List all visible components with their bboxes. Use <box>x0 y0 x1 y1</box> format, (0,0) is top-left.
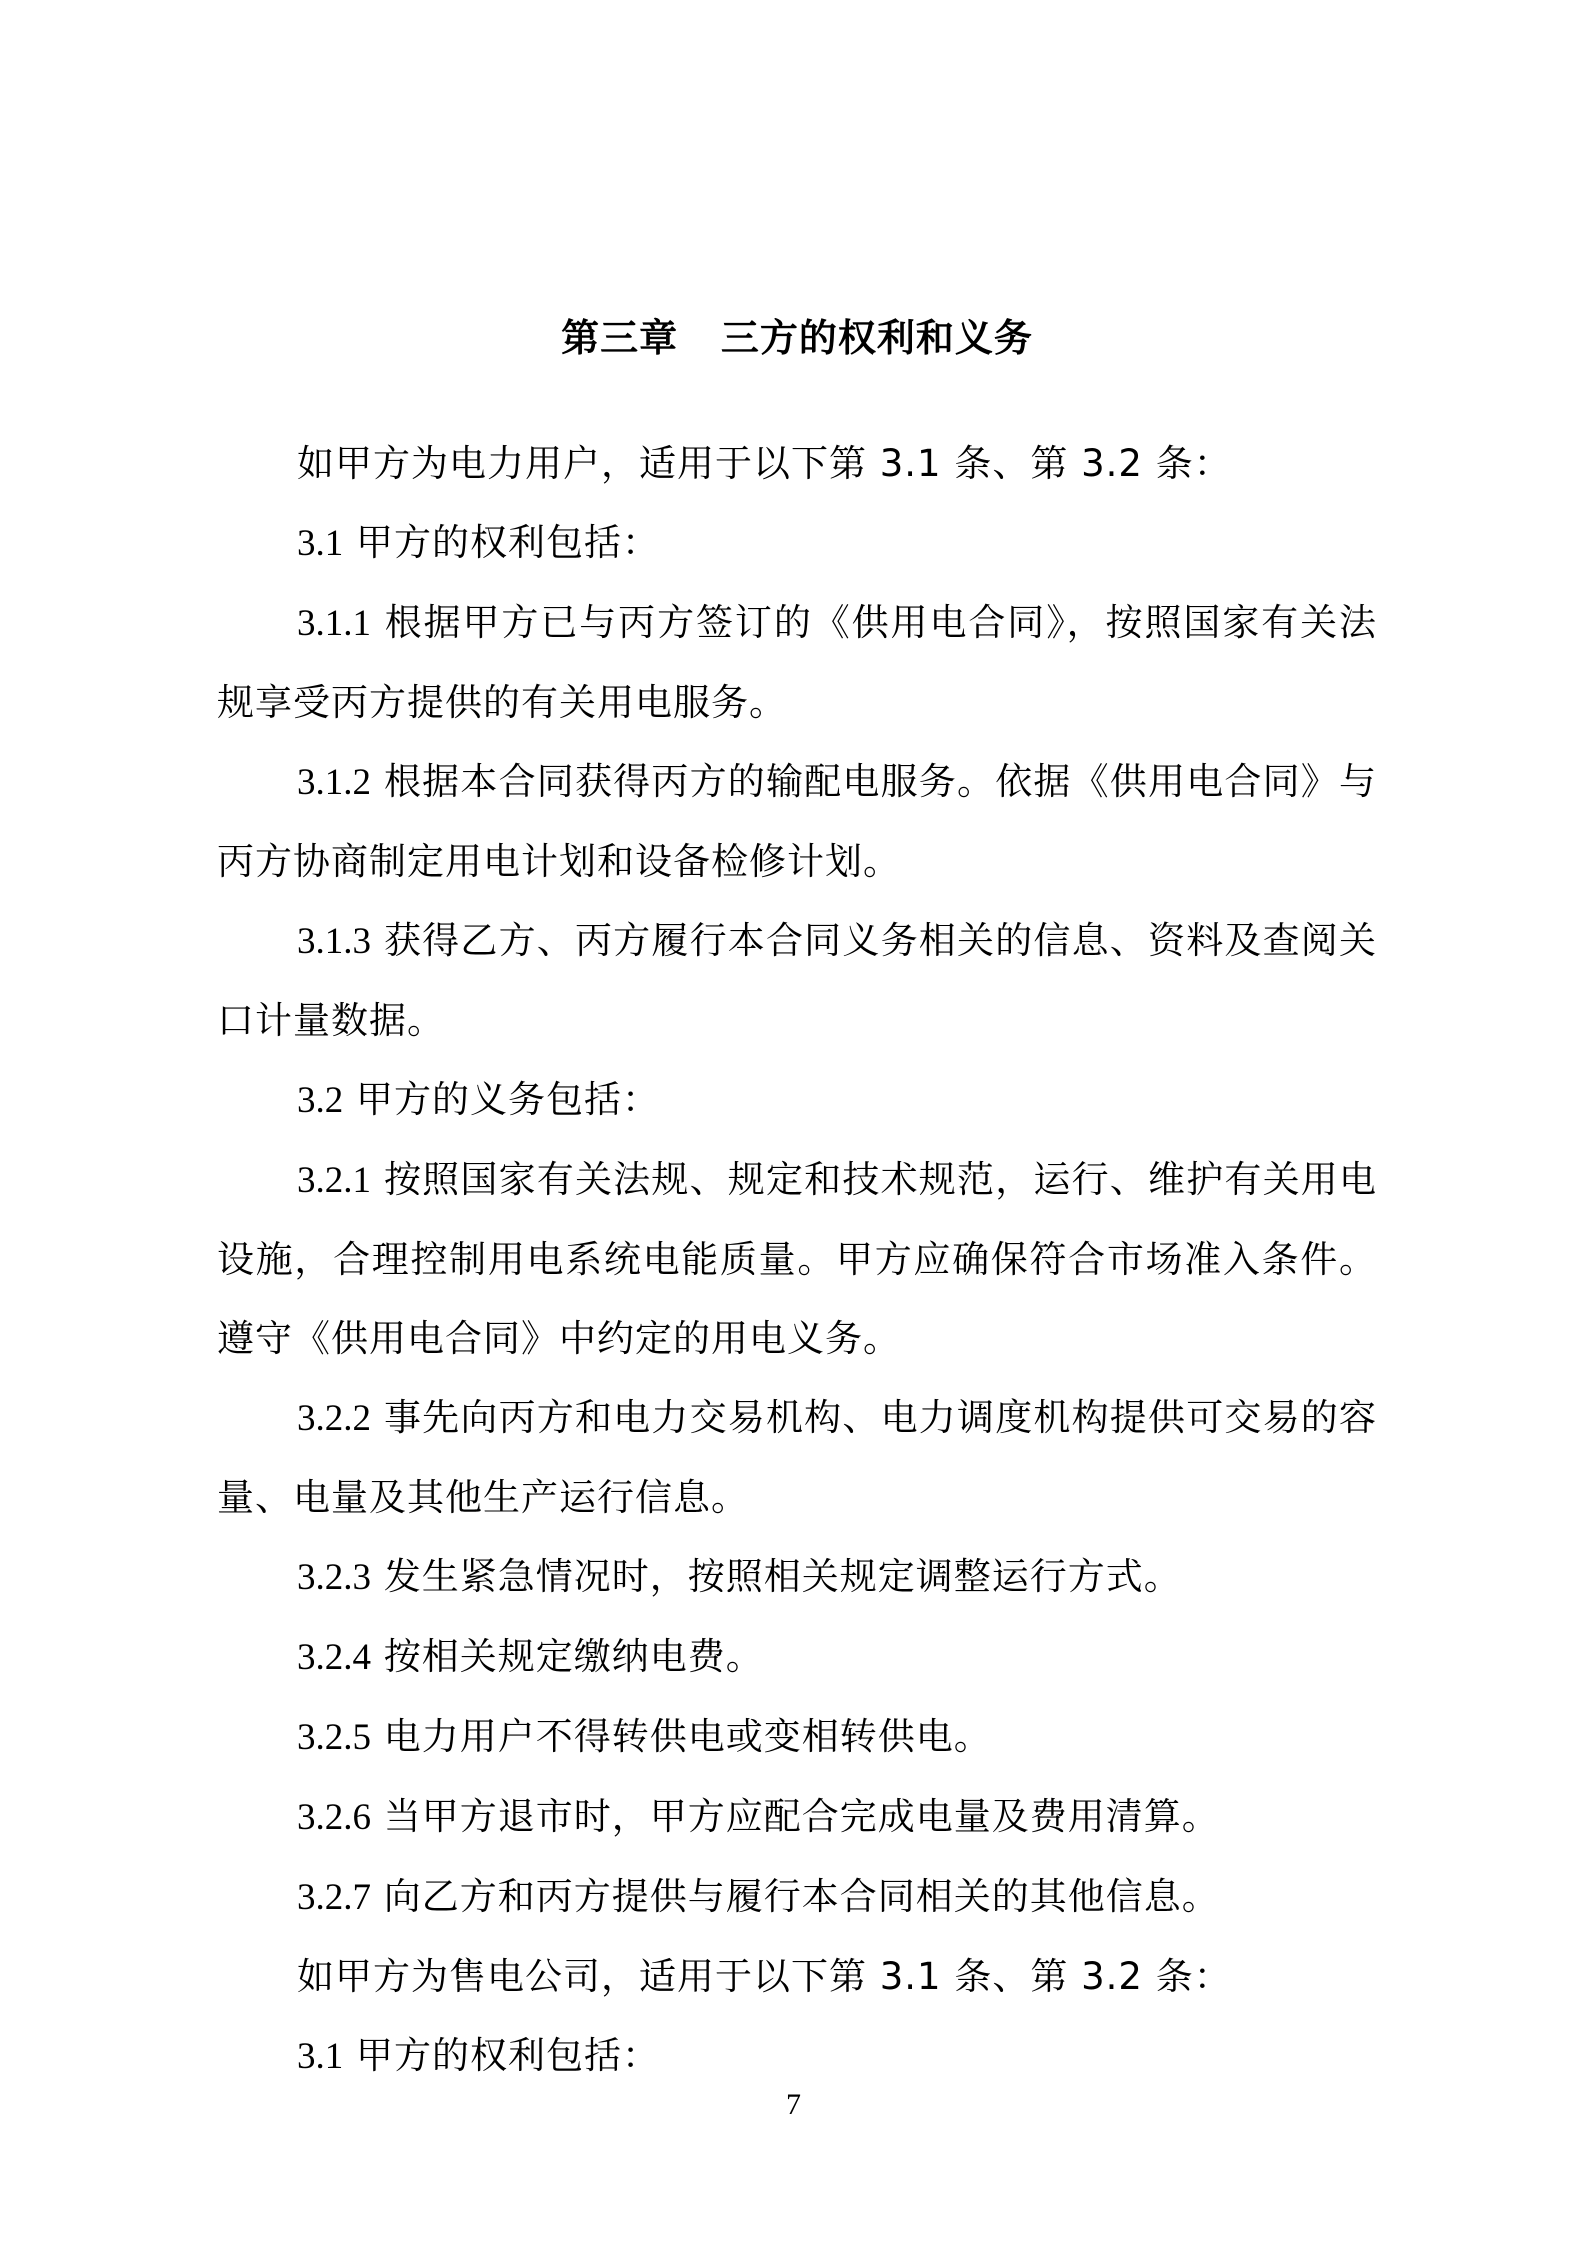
clause-3-2-7: 3.2.7 向乙方和丙方提供与履行本合同相关的其他信息。 <box>217 1857 1377 1937</box>
clause-number: 3.1.3 <box>297 921 371 962</box>
clause-text: 事先向丙方和电力交易机构、电力调度机构提供可交易的容量、电量及其他生产运行信息。 <box>217 1396 1377 1519</box>
clause-3-1-2: 3.1.2 根据本合同获得丙方的输配电服务。依据《供用电合同》与丙方协商制定用电… <box>217 742 1377 901</box>
chapter-title: 第三章 三方的权利和义务 <box>217 316 1377 360</box>
clause-number: 3.2.4 <box>297 1637 371 1678</box>
clause-3-1: 3.1 甲方的权利包括： <box>217 503 1377 583</box>
clause-3-2-5: 3.2.5 电力用户不得转供电或变相转供电。 <box>217 1697 1377 1777</box>
clause-3-2-2: 3.2.2 事先向丙方和电力交易机构、电力调度机构提供可交易的容量、电量及其他生… <box>217 1378 1377 1537</box>
clause-number: 3.2.3 <box>297 1557 371 1598</box>
paragraph-text: 如甲方为售电公司，适用于以下第 3.1 条、第 3.2 条： <box>297 1955 1232 1998</box>
clause-3-1-retailer: 3.1 甲方的权利包括： <box>217 2016 1377 2096</box>
body-text: 如甲方为电力用户，适用于以下第 3.1 条、第 3.2 条： 3.1 甲方的权利… <box>217 424 1377 2096</box>
clause-3-1-1: 3.1.1 根据甲方已与丙方签订的《供用电合同》，按照国家有关法规享受丙方提供的… <box>217 583 1377 742</box>
clause-number: 3.2.2 <box>297 1398 371 1439</box>
clause-number: 3.1 <box>297 2036 343 2077</box>
clause-text: 向乙方和丙方提供与履行本合同相关的其他信息。 <box>384 1875 1220 1918</box>
clause-number: 3.1 <box>297 523 343 564</box>
clause-text: 电力用户不得转供电或变相转供电。 <box>384 1715 992 1758</box>
clause-3-2-3: 3.2.3 发生紧急情况时，按照相关规定调整运行方式。 <box>217 1537 1377 1617</box>
clause-text: 获得乙方、丙方履行本合同义务相关的信息、资料及查阅关口计量数据。 <box>217 919 1377 1042</box>
clause-3-2: 3.2 甲方的义务包括： <box>217 1060 1377 1140</box>
clause-text: 按相关规定缴纳电费。 <box>384 1635 764 1678</box>
clause-number: 3.1.2 <box>297 762 371 803</box>
clause-text: 根据甲方已与丙方签订的《供用电合同》，按照国家有关法规享受丙方提供的有关用电服务… <box>217 601 1377 724</box>
clause-number: 3.2.6 <box>297 1797 371 1838</box>
clause-text: 按照国家有关法规、规定和技术规范，运行、维护有关用电设施，合理控制用电系统电能质… <box>217 1158 1377 1360</box>
paragraph-intro-user: 如甲方为电力用户，适用于以下第 3.1 条、第 3.2 条： <box>217 424 1377 503</box>
clause-number: 3.1.1 <box>297 603 371 644</box>
clause-3-2-6: 3.2.6 当甲方退市时，甲方应配合完成电量及费用清算。 <box>217 1777 1377 1857</box>
clause-text: 发生紧急情况时，按照相关规定调整运行方式。 <box>384 1555 1182 1598</box>
clause-text: 甲方的权利包括： <box>356 2034 660 2077</box>
clause-number: 3.2 <box>297 1080 343 1121</box>
clause-number: 3.2.5 <box>297 1717 371 1758</box>
paragraph-text: 如甲方为电力用户，适用于以下第 3.1 条、第 3.2 条： <box>297 442 1232 485</box>
clause-number: 3.2.1 <box>297 1160 371 1201</box>
clause-text: 甲方的权利包括： <box>356 521 660 564</box>
page-number: 7 <box>0 2088 1587 2122</box>
clause-number: 3.2.7 <box>297 1877 371 1918</box>
clause-text: 根据本合同获得丙方的输配电服务。依据《供用电合同》与丙方协商制定用电计划和设备检… <box>217 760 1377 883</box>
clause-text: 当甲方退市时，甲方应配合完成电量及费用清算。 <box>384 1795 1220 1838</box>
clause-3-1-3: 3.1.3 获得乙方、丙方履行本合同义务相关的信息、资料及查阅关口计量数据。 <box>217 901 1377 1060</box>
clause-text: 甲方的义务包括： <box>356 1078 660 1121</box>
clause-3-2-4: 3.2.4 按相关规定缴纳电费。 <box>217 1617 1377 1697</box>
clause-3-2-1: 3.2.1 按照国家有关法规、规定和技术规范，运行、维护有关用电设施，合理控制用… <box>217 1140 1377 1378</box>
paragraph-intro-retailer: 如甲方为售电公司，适用于以下第 3.1 条、第 3.2 条： <box>217 1937 1377 2016</box>
